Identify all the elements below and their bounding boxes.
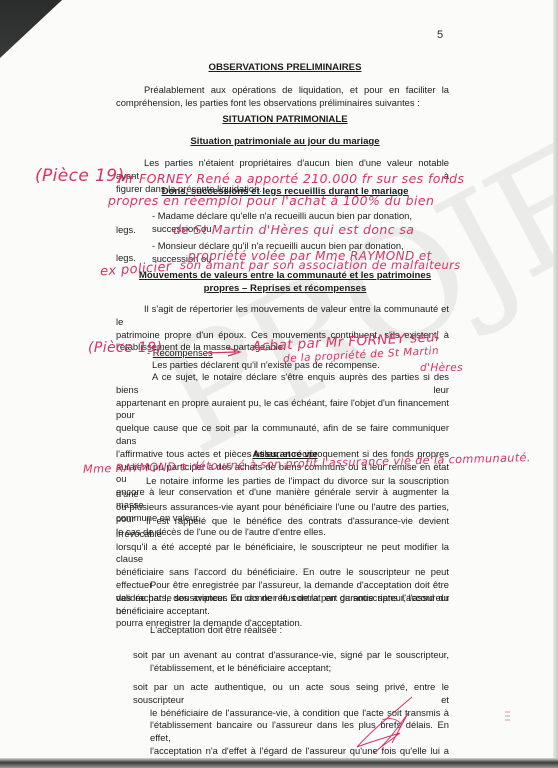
margin-marks [505,710,511,724]
subsection-title-mouvements-2: propres – Reprises et récompenses [115,283,455,296]
notaire-line-2: appartenant en propre auraient pu, le ca… [116,397,449,423]
notaire-line-1: A ce sujet, le notaire déclare s'être en… [116,371,449,397]
option-1-line-1: soit par un avenant au contrat d'assuran… [133,649,449,662]
annotation-piece-19-top: (Pièce 19) [35,166,125,186]
page-edge [553,0,558,768]
section-title-observations: OBSERVATIONS PRELIMINAIRES [115,62,455,75]
assurance-p1-line-1: Le notaire informe les parties de l'impa… [116,475,449,501]
assurance-p3-line-1: Pour être enregistrée par l'assureur, la… [116,579,449,592]
annotation-line-3: de St Martin d'Hères qui est donc sa [173,222,414,237]
assurance-p2-line-2: lorsqu'il a été accepté par le bénéficia… [116,541,449,567]
annotation-line-1: Mr FORNEY René a apporté 210.000 fr sur … [118,171,464,186]
arrow-icon [206,345,246,359]
document-page: PROJET 5 OBSERVATIONS PRELIMINAIRES Préa… [0,0,553,760]
observations-paragraph: Préalablement aux opérations de liquidat… [116,84,449,110]
annotation-line-5b: son amant par son association de malfait… [180,258,461,272]
subsection-title-mariage: Situation patrimoniale au jour du mariag… [115,136,455,149]
assurance-p3-line-2: validée par le souscripteur. En cas de r… [116,592,449,618]
notaire-line-3: quelque cause que ce soit par la communa… [116,422,449,448]
section-title-situation: SITUATION PATRIMONIALE [115,114,455,127]
acceptation-intro: L'acceptation doit être réalisée : [150,624,282,637]
annotation-piece-19-middle: (Pièce 19) [88,340,162,356]
signature-initials [352,695,422,755]
observations-line-2: compréhension, les parties font les obse… [116,97,449,110]
madame-line-2: legs. [116,224,136,237]
assurance-paragraph-3: Pour être enregistrée par l'assureur, la… [116,579,449,630]
annotation-arrow-note-3: d'Hères [420,362,463,374]
acceptation-option-1: soit par un avenant au contrat d'assuran… [133,649,449,675]
assurance-p2-line-1: Il est rappelé que le bénéfice des contr… [116,515,449,541]
page-number: 5 [437,29,443,41]
option-1-line-2: l'établissement, et le bénéficiaire acce… [133,662,449,675]
mouvements-line-1: Il s'agit de répertorier les mouvements … [116,303,449,329]
page-bottom-edge [0,758,558,768]
observations-line-1: Préalablement aux opérations de liquidat… [116,84,449,97]
annotation-line-2: propres en réemploi pour l'achat à 100% … [108,193,434,208]
